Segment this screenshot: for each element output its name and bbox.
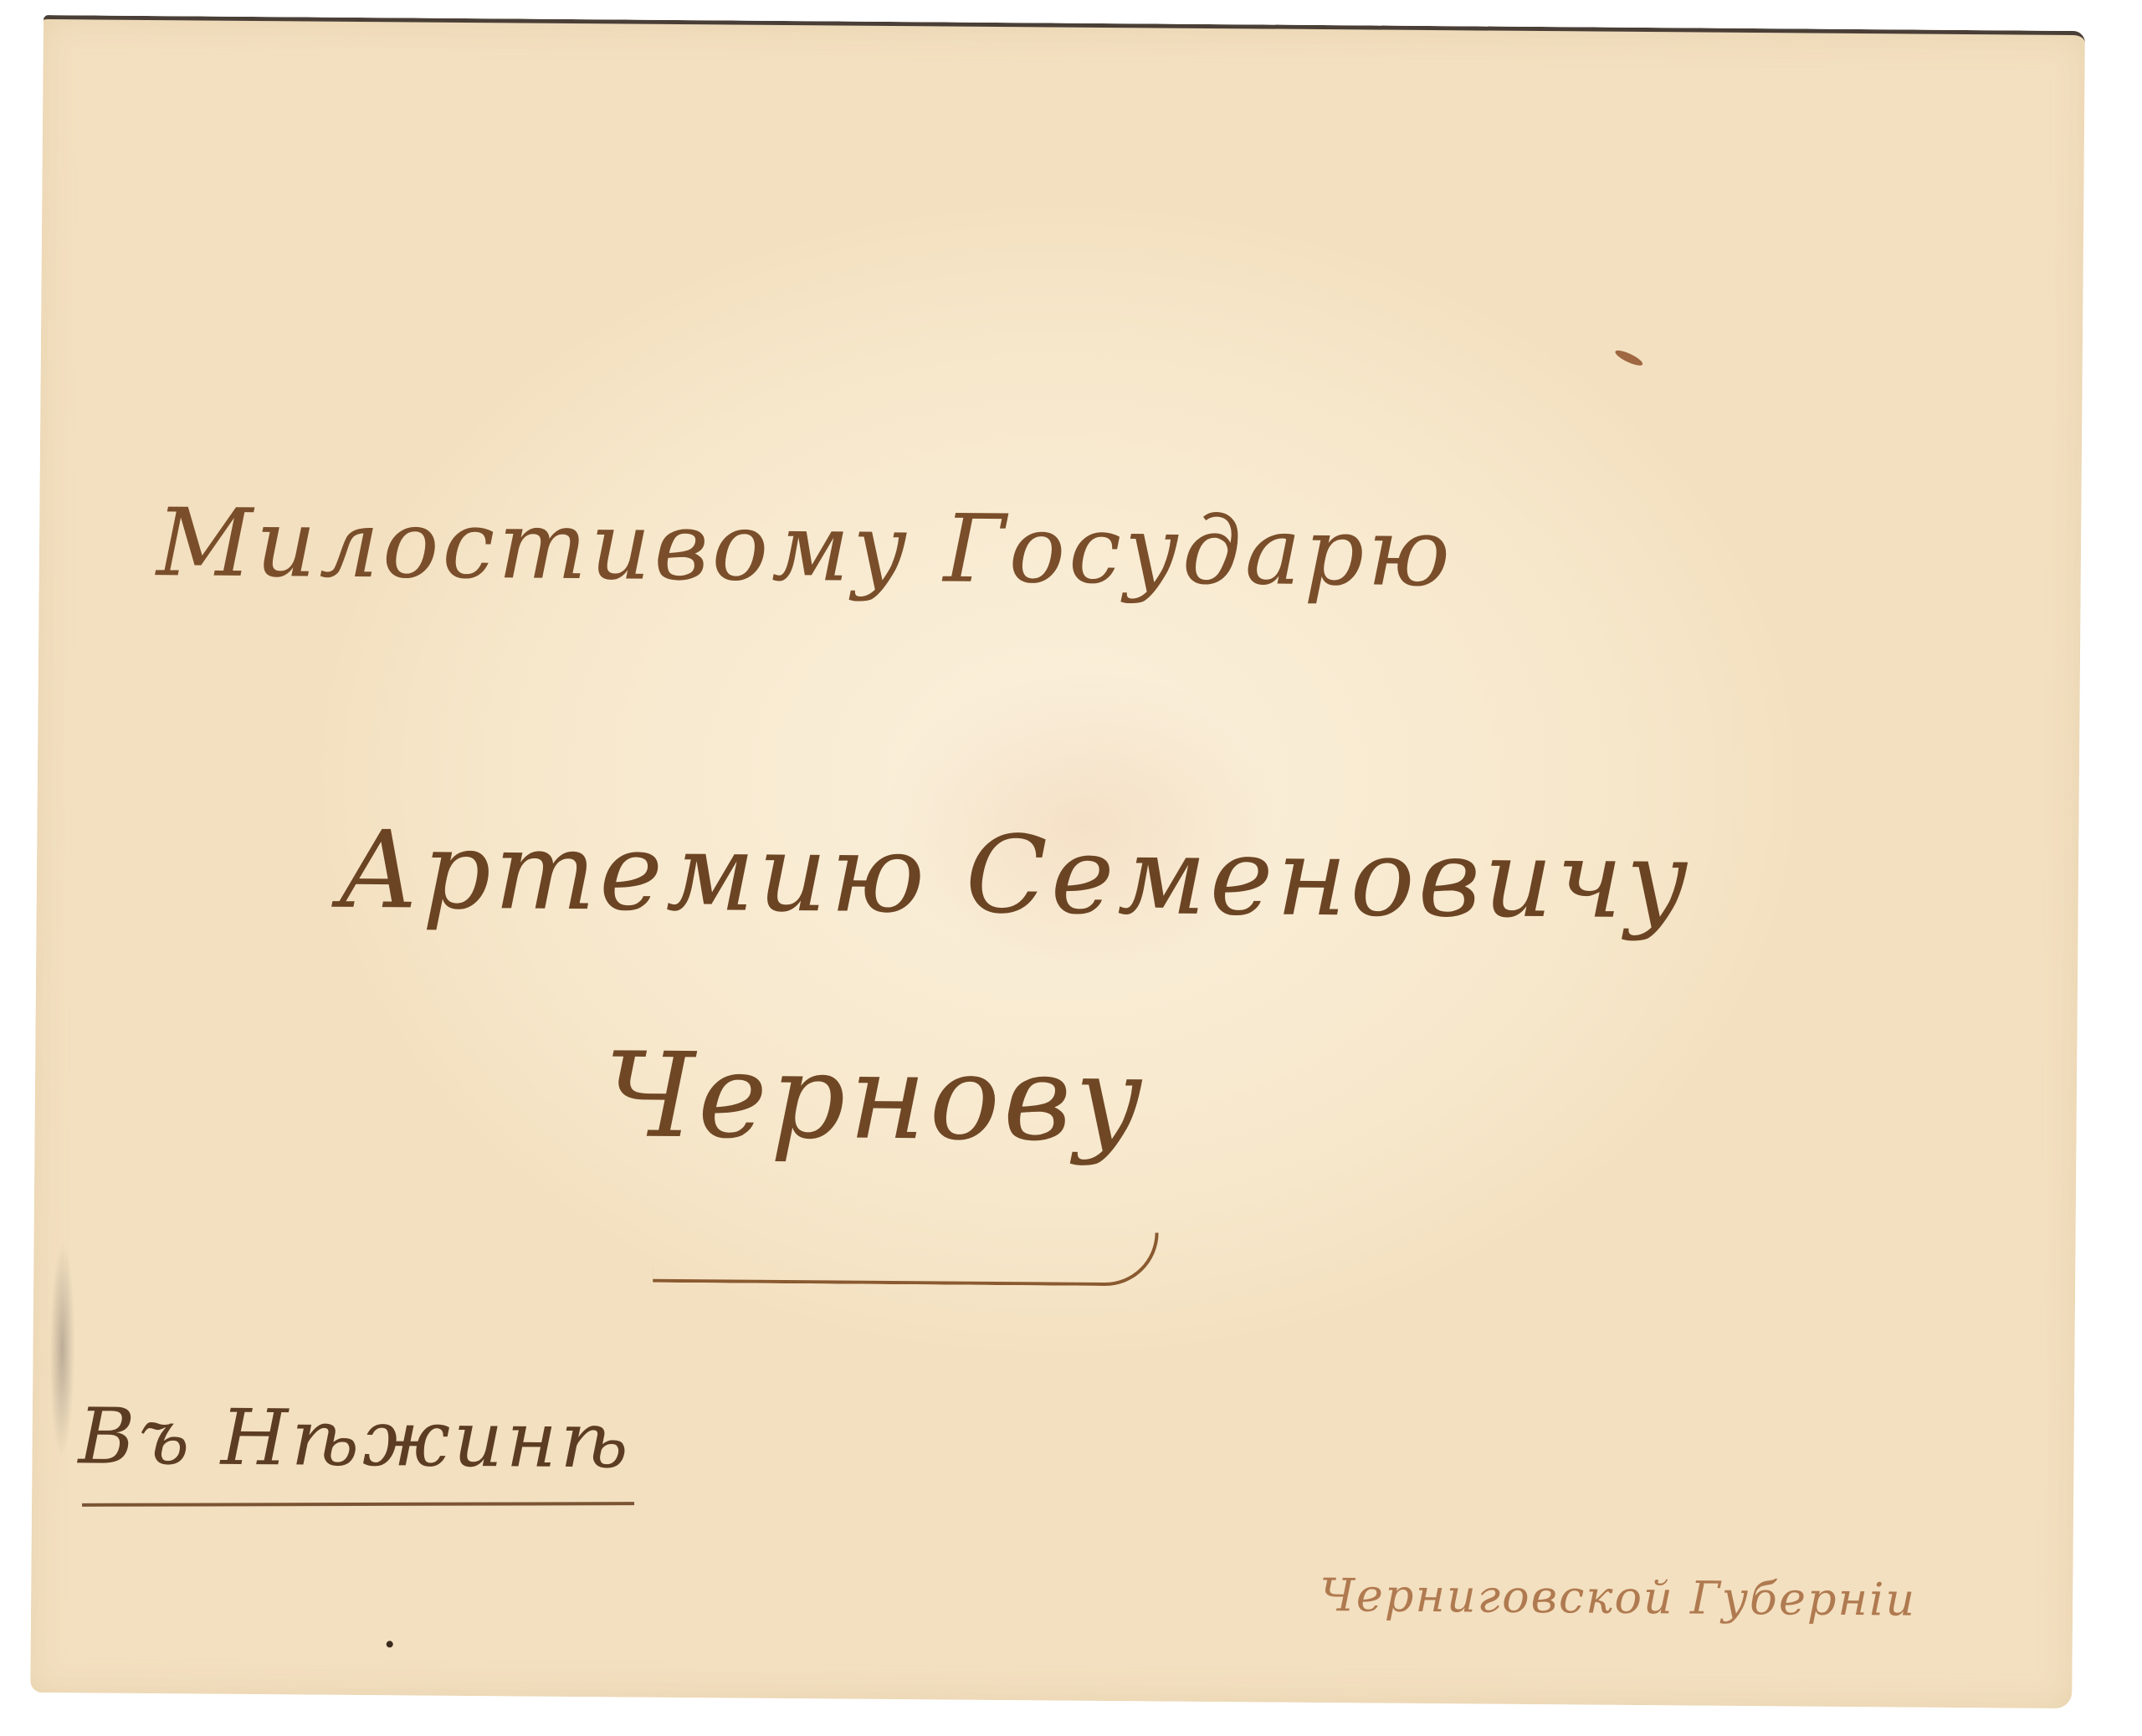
ink-speck	[1613, 348, 1644, 368]
ink-smudge	[49, 1241, 75, 1458]
city-underline	[82, 1502, 634, 1507]
surname-flourish	[653, 1229, 1158, 1287]
address-salutation: Милостивому Государю	[156, 489, 1454, 607]
address-surname: Чернову	[603, 1027, 1146, 1168]
envelope: Милостивому Государю Артемию Семеновичу …	[30, 15, 2085, 1708]
destination-city: Въ Нѣжинѣ	[78, 1391, 632, 1485]
address-name-patronymic: Артемию Семеновичу	[337, 808, 1692, 944]
destination-province: Черниговской Губерніи	[1320, 1569, 1916, 1626]
ink-dot	[387, 1641, 393, 1647]
